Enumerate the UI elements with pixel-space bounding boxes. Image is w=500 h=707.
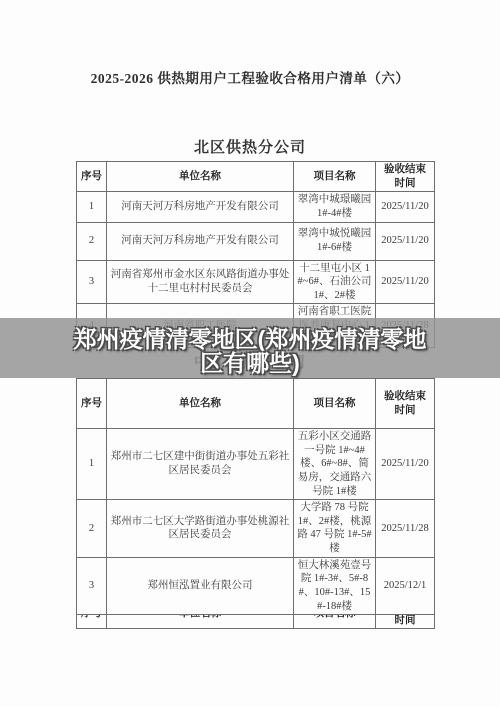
table-cell: 2025/11/20: [376, 222, 435, 260]
column-header: 单位名称: [107, 379, 294, 429]
table-cell: 1: [77, 429, 107, 500]
document-page: 2025-2026 供热期用户工程验收合格用户清单（六） 北区供热分公司 序号单…: [0, 0, 500, 707]
headline-overlay-text: 郑州疫情清零地区(郑州疫情清零地 区有哪些): [0, 320, 500, 378]
headline-line-2: 区有哪些): [0, 351, 500, 375]
table-cell: 2: [77, 222, 107, 260]
table-cell: 2: [77, 500, 107, 558]
acceptance-table-central: 序号单位名称项目名称验收结束时间1郑州市二七区建中街街道办事处五彩社区居民委员会…: [76, 378, 435, 615]
table-header-row: 序号单位名称项目名称验收结束时间: [77, 379, 435, 429]
column-header: 验收结束时间: [376, 379, 435, 429]
table-header-row: 序号单位名称项目名称验收结束时间: [77, 162, 435, 192]
table-cell: 五彩小区交通路一号院 1#~4#楼、6#~8#、简易房，交通路六号院 1#楼: [294, 429, 376, 500]
table-cell: 河南省郑州市金水区东风路街道办事处十二里屯村村民委员会: [107, 260, 294, 304]
table-row: 1郑州市二七区建中街街道办事处五彩社区居民委员会五彩小区交通路一号院 1#~4#…: [77, 429, 435, 500]
table-cell: 3: [77, 557, 107, 615]
table-cell: 2025/11/20: [376, 429, 435, 500]
table-cell: 翠湾中城璟曦园 1#-4#楼: [294, 192, 376, 222]
table-cell: 2025/11/20: [376, 260, 435, 304]
table-cell: 十二里屯小区 1#~6#、石油公司 1#、2#楼: [294, 260, 376, 304]
section-heading-north: 北区供热分公司: [0, 136, 500, 157]
document-title: 2025-2026 供热期用户工程验收合格用户清单（六）: [0, 67, 500, 87]
table-cell: 大学路 78 号院 1#、2#楼，桃源路 47 号院 1#-5#楼: [294, 500, 376, 558]
table-cell: 郑州恒泓置业有限公司: [107, 557, 294, 615]
table-cell: 2025/11/20: [376, 192, 435, 222]
column-header: 项目名称: [294, 379, 376, 429]
table-cell: 郑州市二七区建中街街道办事处五彩社区居民委员会: [107, 429, 294, 500]
table-cell: 2025/12/1: [376, 557, 435, 615]
table-cell: 1: [77, 192, 107, 222]
table-row: 2河南天河万科房地产开发有限公司翠湾中城悦曦园 1#-6#楼2025/11/20: [77, 222, 435, 260]
table-row: 3河南省郑州市金水区东风路街道办事处十二里屯村村民委员会十二里屯小区 1#~6#…: [77, 260, 435, 304]
table-cell: 2025/11/28: [376, 500, 435, 558]
column-header: 验收结束时间: [376, 162, 435, 192]
column-header: 项目名称: [294, 162, 376, 192]
column-header: 序号: [77, 162, 107, 192]
headline-line-1: 郑州疫情清零地区(郑州疫情清零地: [0, 327, 500, 351]
table-row: 2郑州市二七区大学路街道办事处桃源社区居民委员会大学路 78 号院 1#、2#楼…: [77, 500, 435, 558]
table-cell: 河南天河万科房地产开发有限公司: [107, 222, 294, 260]
table-row: 1河南天河万科房地产开发有限公司翠湾中城璟曦园 1#-4#楼2025/11/20: [77, 192, 435, 222]
table-cell: 河南天河万科房地产开发有限公司: [107, 192, 294, 222]
table-cell: 3: [77, 260, 107, 304]
table-cell: 郑州市二七区大学路街道办事处桃源社区居民委员会: [107, 500, 294, 558]
column-header: 单位名称: [107, 162, 294, 192]
column-header: 序号: [77, 379, 107, 429]
table-cell: 恒大林溪苑壹号院 1#-3#、5#-8#、10#-13#、15#-18#楼: [294, 557, 376, 615]
table-cell: 翠湾中城悦曦园 1#-6#楼: [294, 222, 376, 260]
table-row: 3郑州恒泓置业有限公司恒大林溪苑壹号院 1#-3#、5#-8#、10#-13#、…: [77, 557, 435, 615]
